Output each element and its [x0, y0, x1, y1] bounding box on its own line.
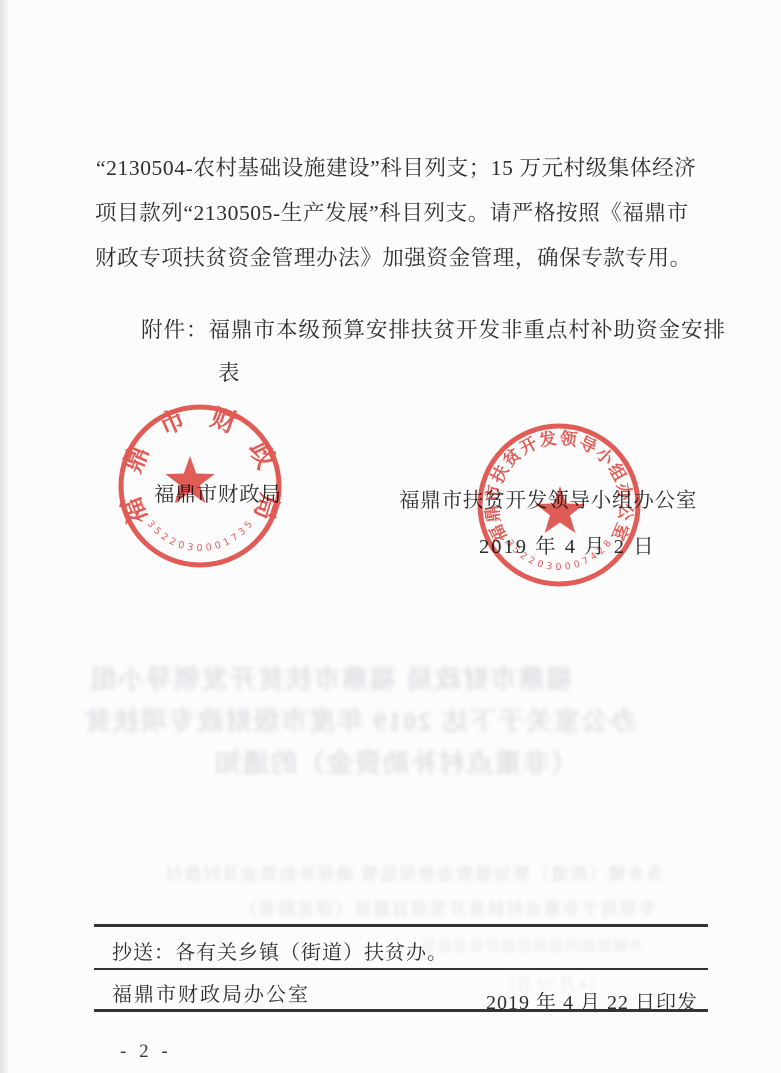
footer-rule-middle	[94, 968, 708, 970]
star-icon	[535, 486, 584, 533]
seal-number: 3522030007428	[503, 538, 614, 573]
scanned-document-page: 福鼎市财政局 福鼎市扶贫开发领导小组 办公室关于下达 2019 年度市级财政专项…	[0, 0, 781, 1073]
svg-text:3522030007428: 3522030007428	[503, 538, 614, 573]
issuing-office: 福鼎市财政局办公室	[112, 978, 310, 1007]
official-seal-finance-bureau: 福鼎市财政局 3522030001735	[106, 398, 296, 588]
bleed-through-text-line-3: 乡镇财政所按规定做好资金监管	[420, 935, 644, 956]
scan-edge-shadow	[0, 0, 10, 1073]
seal-arc-text: 福鼎市财政局	[117, 403, 284, 528]
bleed-through-title-line-1: 福鼎市财政局 福鼎市扶贫开发领导小组	[88, 659, 573, 696]
star-icon	[165, 456, 214, 503]
bleed-through-text-line-2: 专项用于非重点村扶贫开发项目建设（详见附表）	[238, 895, 656, 920]
attachment-line-2: 表	[218, 356, 241, 387]
svg-text:3522030001735: 3522030001735	[144, 519, 255, 554]
bleed-through-title-line-3: （非重点村补助资金）的通知	[213, 743, 577, 780]
attachment-line-1: 附件：福鼎市本级预算安排扶贫开发非重点村补助资金安排	[141, 313, 726, 344]
bleed-through-title-line-2: 办公室关于下达 2019 年度市级财政专项扶贫	[83, 701, 636, 738]
body-text-line-3: 财政专项扶贫资金管理办法》加强资金管理，确保专款专用。	[95, 241, 692, 272]
copy-to-line: 抄送：各有关乡镇（街道）扶贫办。	[112, 936, 448, 965]
official-seal-poverty-alleviation-office: 福鼎市扶贫开发领导小组办公室 3522030007428	[465, 412, 655, 602]
body-text-line-1: “2130504-农村基础设施建设”科目列支；15 万元村级集体经济	[96, 151, 696, 182]
bleed-through-text-line-1: 各乡镇（街道）要加强资金使用监管 确保补助资金及时拨付	[163, 860, 663, 885]
page-number: - 2 -	[120, 1041, 172, 1063]
svg-text:福鼎市财政局: 福鼎市财政局	[117, 403, 284, 528]
seal-number: 3522030001735	[144, 519, 255, 554]
footer-rule-bottom	[94, 1009, 708, 1012]
body-text-line-2: 项目款列“2130505-生产发展”科目列支。请严格按照《福鼎市	[95, 196, 689, 227]
footer-rule-top	[94, 924, 708, 927]
